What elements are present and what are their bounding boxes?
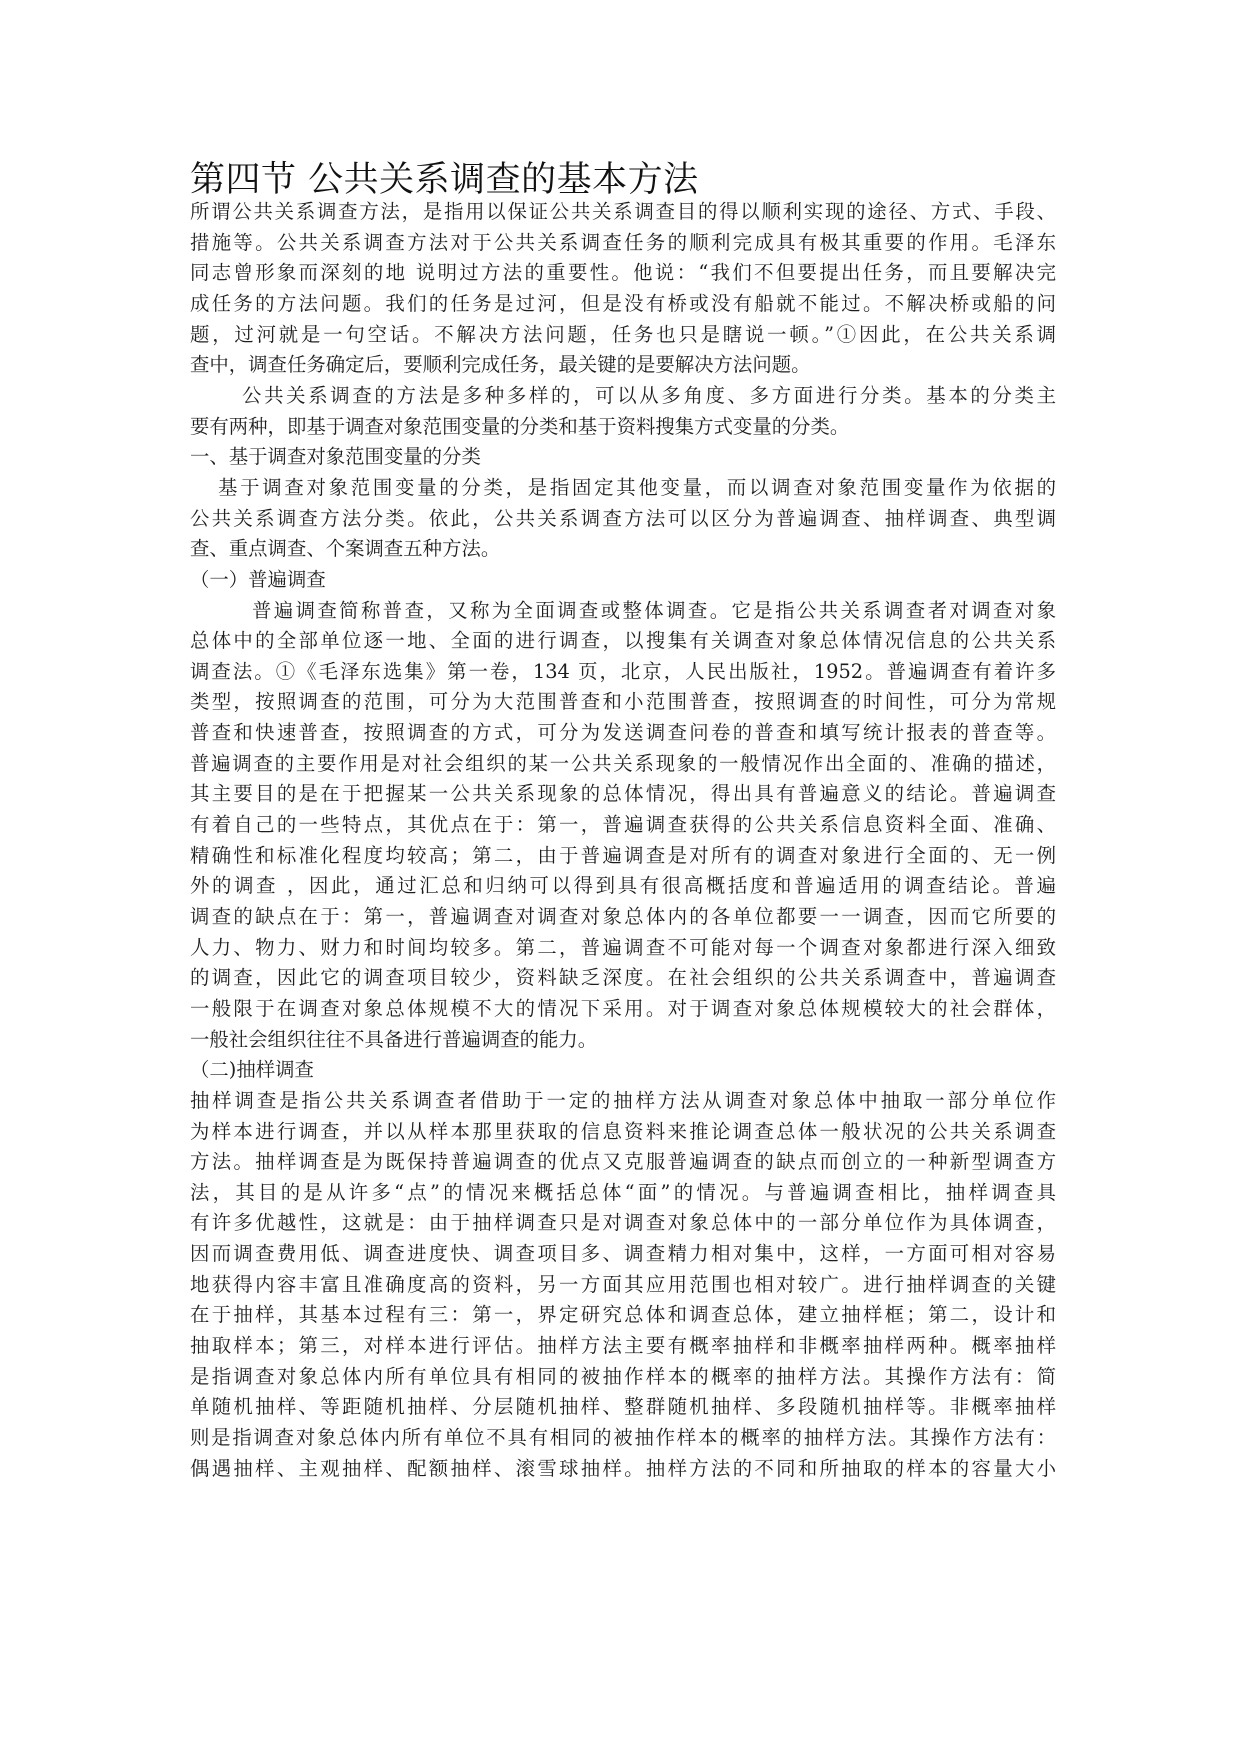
paragraph-line: 类型，按照调查的范围，可分为大范围普查和小范围普查，按照调查的时间性，可分为常规 [190,687,1056,717]
paragraph-line: 人力、物力、财力和时间均较多。第二，普遍调查不可能对每一个调查对象都进行深入细致 [190,933,1056,963]
paragraph-line: 则是指调查对象总体内所有单位不具有相同的被抽作样本的概率的抽样方法。其操作方法有… [190,1423,1056,1453]
paragraph-line: 外的调查 ，因此，通过汇总和归纳可以得到具有很高概括度和普遍适用的调查结论。普遍 [190,871,1056,901]
paragraph-line: 抽样调查是指公共关系调查者借助于一定的抽样方法从调查对象总体中抽取一部分单位作 [190,1086,1056,1116]
paragraph-line: 法，其目的是从许多“点”的情况来概括总体“面”的情况。与普遍调查相比，抽样调查具 [190,1178,1056,1208]
section-heading: （二)抽样调查 [190,1055,1056,1085]
paragraph-line: 措施等。公共关系调查方法对于公共关系调查任务的顺利完成具有极其重要的作用。毛泽东 [190,228,1056,258]
paragraph-line: 其主要目的是在于把握某一公共关系现象的总体情况，得出具有普遍意义的结论。普遍调查 [190,779,1056,809]
paragraph-line: 总体中的全部单位逐一地、全面的进行调查，以搜集有关调查对象总体情况信息的公共关系 [190,626,1056,656]
paragraph-line: 地获得内容丰富且准确度高的资料，另一方面其应用范围也相对较广。进行抽样调查的关键 [190,1270,1056,1300]
paragraph-line: 题，过河就是一句空话。不解决方法问题，任务也只是瞎说一顿。”①因此，在公共关系调 [190,320,1056,350]
paragraph-line: 普遍调查简称普查，又称为全面调查或整体调查。它是指公共关系调查者对调查对象 [252,596,1056,626]
paragraph-line: 基于调查对象范围变量的分类，是指固定其他变量，而以调查对象范围变量作为依据的 [218,473,1056,503]
paragraph-line: 调查法。①《毛泽东选集》第一卷，134 页，北京，人民出版社，1952。普遍调查… [190,657,1056,687]
paragraph-line: 在于抽样，其基本过程有三：第一，界定研究总体和调查总体，建立抽样框；第二，设计和 [190,1300,1056,1330]
section-title: 第四节 公共关系调查的基本方法 [190,158,699,202]
paragraph-line: 有着自己的一些特点，其优点在于：第一，普遍调查获得的公共关系信息资料全面、准确、 [190,810,1056,840]
paragraph-line: 的调查，因此它的调查项目较少，资料缺乏深度。在社会组织的公共关系调查中，普遍调查 [190,963,1056,993]
paragraph-line: 所谓公共关系调查方法，是指用以保证公共关系调查目的得以顺利实现的途径、方式、手段… [190,197,1056,227]
paragraph-line: 成任务的方法问题。我们的任务是过河，但是没有桥或没有船就不能过。不解决桥或船的问 [190,289,1056,319]
paragraph-line: 查中，调查任务确定后，要顺利完成任务，最关键的是要解决方法问题。 [190,350,1056,380]
paragraph-line: 因而调查费用低、调查进度快、调查项目多、调查精力相对集中，这样，一方面可相对容易 [190,1239,1056,1269]
paragraph-line: 为样本进行调查，并以从样本那里获取的信息资料来推论调查总体一般状况的公共关系调查 [190,1117,1056,1147]
paragraph-line: 查、重点调查、个案调查五种方法。 [190,534,1056,564]
paragraph-line: 是指调查对象总体内所有单位具有相同的被抽作样本的概率的抽样方法。其操作方法有：简 [190,1362,1056,1392]
paragraph-line: 方法。抽样调查是为既保持普遍调查的优点又克服普遍调查的缺点而创立的一种新型调查方 [190,1147,1056,1177]
paragraph-line: 一般社会组织往往不具备进行普遍调查的能力。 [190,1025,1056,1055]
section-heading: 一、基于调查对象范围变量的分类 [190,442,1056,472]
paragraph-line: 普遍调查的主要作用是对社会组织的某一公共关系现象的一般情况作出全面的、准确的描述… [190,749,1056,779]
paragraph-line: 单随机抽样、等距随机抽样、分层随机抽样、整群随机抽样、多段随机抽样等。非概率抽样 [190,1392,1056,1422]
paragraph-line: 抽取样本；第三，对样本进行评估。抽样方法主要有概率抽样和非概率抽样两种。概率抽样 [190,1331,1056,1361]
paragraph-line: 公共关系调查的方法是多种多样的，可以从多角度、多方面进行分类。基本的分类主 [242,381,1056,411]
section-heading: （一）普遍调查 [190,565,1056,595]
paragraph-line: 一般限于在调查对象总体规模不大的情况下采用。对于调查对象总体规模较大的社会群体， [190,994,1056,1024]
paragraph-line: 要有两种，即基于调查对象范围变量的分类和基于资料搜集方式变量的分类。 [190,412,1056,442]
paragraph-line: 有许多优越性，这就是：由于抽样调查只是对调查对象总体中的一部分单位作为具体调查， [190,1208,1056,1238]
paragraph-line: 精确性和标准化程度均较高；第二，由于普遍调查是对所有的调查对象进行全面的、无一例 [190,841,1056,871]
paragraph-line: 同志曾形象而深刻的地 说明过方法的重要性。他说：“我们不但要提出任务，而且要解决… [190,258,1056,288]
paragraph-line: 普查和快速普查，按照调查的方式，可分为发送调查问卷的普查和填写统计报表的普查等。 [190,718,1056,748]
paragraph-line: 偶遇抽样、主观抽样、配额抽样、滚雪球抽样。抽样方法的不同和所抽取的样本的容量大小 [190,1454,1056,1484]
paragraph-line: 调查的缺点在于：第一，普遍调查对调查对象总体内的各单位都要一一调查，因而它所要的 [190,902,1056,932]
paragraph-line: 公共关系调查方法分类。依此，公共关系调查方法可以区分为普遍调查、抽样调查、典型调 [190,504,1056,534]
